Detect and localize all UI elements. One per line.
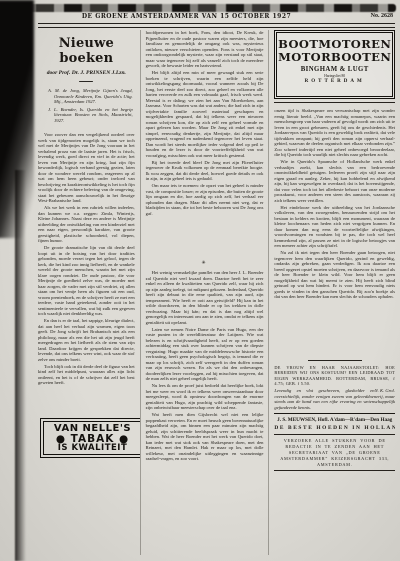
masthead: DE GROENE AMSTERDAMMER VAN 15 OCTOBER 19… <box>38 13 395 22</box>
ad-van-nelle-frame: VAN NELLE'S ● TABAK ● IS KWALITEIT <box>43 421 140 456</box>
body-column-2-top: hoofdpersonen in het boek, Fons, den idi… <box>146 30 264 258</box>
horizontal-rule <box>274 470 395 471</box>
body-column-1: Voor zoover dan een vergelijkend oordeel… <box>38 132 135 404</box>
body-column-2-bottom: Het weinig vermakelijke pamflet van den … <box>146 270 264 480</box>
ornament-flourish <box>79 81 93 82</box>
bibliography: A. M. de Jong, Merijntje Gijzen's Jeugd,… <box>48 88 133 123</box>
book-notice: DE VROUW EN HAAR NAJAARSTOILET: HOE BERE… <box>274 365 395 386</box>
redaction-notice: VERZOEKE ALLE STUKKEN VOOR DE REDACTIE I… <box>278 438 391 467</box>
ad-bootmotoren-company: BINGHAM & LUGT <box>277 66 392 73</box>
article-byline: door Prof. Dr. J. PRINSEN J.Lzn. <box>38 70 135 76</box>
scan-artifact-left-strip <box>15 170 26 561</box>
ad-bootmotoren-line2: MOTORBOOTEN <box>277 51 392 64</box>
body-paragraph: Het eindelooze werk der uitbeelding van … <box>274 205 395 249</box>
body-paragraph: Nu lees ik om de proef juist bedoeld dat… <box>146 383 264 411</box>
body-paragraph: onzen tijd is Shakespeare om verwantscha… <box>274 108 395 158</box>
body-paragraph: Het weinig vermakelijke pamflet van den … <box>146 270 264 325</box>
body-paragraph: En dan is er de taal, het sappige, kleur… <box>38 318 135 362</box>
body-column-3: onzen tijd is Shakespeare om verwantscha… <box>274 108 395 356</box>
thick-rule <box>274 413 395 414</box>
newspaper-page: DE GROENE AMSTERDAMMER VAN 15 OCTOBER 19… <box>0 0 400 561</box>
section-divider-asterisk: ✳ <box>146 258 264 270</box>
ad-bootmotoren-address: Haringvliet 80 <box>277 74 392 78</box>
scan-artifact-top-edge <box>10 4 396 12</box>
body-paragraph: Wat heeft men dien Gijsbrecht wel niet e… <box>146 412 264 462</box>
ad-bootmotoren-line1: BOOTMOTOREN <box>277 38 392 51</box>
ad-van-nelle-line3: IS KWALITEIT <box>44 444 140 453</box>
review-note: N. K. Grol. Levendig en vlot geschreven,… <box>274 388 395 410</box>
ad-bootmotoren-city: ROTTERDAM <box>277 79 392 84</box>
body-paragraph: hoofdpersonen in het boek, Fons, den idi… <box>146 30 264 69</box>
bibliography-entry: J. L. Boender, Is. Querido en het begrip… <box>48 107 133 124</box>
body-paragraph: Wie in Querido's Spaansche of Hollandsch… <box>274 159 395 203</box>
body-paragraph: Nu zal ik niet tegen den heer Boender ga… <box>274 250 395 300</box>
body-paragraph: Laten we nemen Notre Dame de Paris van H… <box>146 327 264 382</box>
ad-meuwsen-line2: DE BESTE HOEDEN IN HOLLAND <box>274 425 395 431</box>
body-paragraph: Als we het werk in een rubriek willen in… <box>38 205 135 244</box>
body-paragraph: Om maar iets te noemen: de opzet van het… <box>146 183 264 216</box>
ad-van-nelle: VAN NELLE'S ● TABAK ● IS KWALITEIT <box>40 418 140 458</box>
columns-container: Nieuwe boeken door Prof. Dr. J. PRINSEN … <box>38 30 395 555</box>
bibliography-entry: A. M. de Jong, Merijntje Gijzen's Jeugd,… <box>48 88 133 105</box>
masthead-title: DE GROENE AMSTERDAMMER VAN 15 OCTOBER 19… <box>38 13 335 20</box>
short-rule <box>308 360 362 361</box>
column-left: Nieuwe boeken door Prof. Dr. J. PRINSEN … <box>38 30 140 555</box>
body-paragraph: Bij het tweede deel bleef De Jong met zi… <box>146 160 264 182</box>
masthead-double-rule <box>38 23 395 28</box>
issue-number: No. 2628 <box>371 13 393 19</box>
body-paragraph: Toch blijft ook in dit derde deel de fig… <box>38 364 135 386</box>
horizontal-rule <box>274 102 395 103</box>
body-paragraph: Het blijft altijd een min of meer gewaag… <box>146 70 264 158</box>
body-paragraph: Voor zoover dan een vergelijkend oordeel… <box>38 132 135 204</box>
body-paragraph: De groote dramatische lijn van dit derde… <box>38 245 135 317</box>
horizontal-rule <box>274 434 395 435</box>
ad-bootmotoren: BOOTMOTOREN MOTORBOOTEN BINGHAM & LUGT H… <box>274 30 395 99</box>
article-title: Nieuwe boeken <box>38 36 135 66</box>
column-middle: hoofdpersonen in het boek, Fons, den idi… <box>140 30 269 555</box>
ad-meuwsen-line1: J. S. MEUWSEN, Hofl. A'dam—R'dam—Den Haa… <box>274 417 395 423</box>
column-right: BOOTMOTOREN MOTORBOOTEN BINGHAM & LUGT H… <box>268 30 395 555</box>
